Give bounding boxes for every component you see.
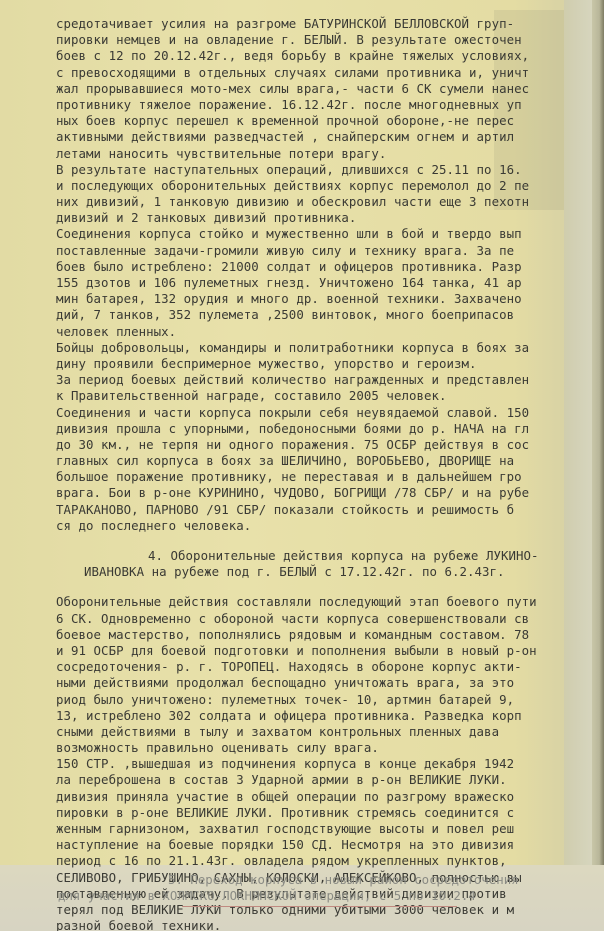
document-text: средотачивает усилия на разгроме БАТУРИН… [56, 16, 596, 931]
text-line: до 30 км., не терпя ни одного поражения.… [56, 437, 596, 453]
text-line: Оборонительные действия составляли после… [56, 594, 596, 610]
text-line: 4. Оборонительные действия корпуса на ру… [56, 548, 596, 564]
text-line: возможность правильно оценивать силу вра… [56, 740, 596, 756]
text-line: человек пленных. [56, 324, 596, 340]
narrative-paragraphs: средотачивает усилия на разгроме БАТУРИН… [56, 16, 596, 534]
text-line: наступление на боевые порядки 150 СД. Не… [56, 837, 596, 853]
text-line: них дивизий, 1 танковую дивизию и обескр… [56, 194, 596, 210]
text-line: Соединения корпуса стойко и мужественно … [56, 226, 596, 242]
text-line: и 91 ОСБР для боевой подготовки и пополн… [56, 643, 596, 659]
text-line: пировки немцев и на овладение г. БЕЛЫЙ. … [56, 32, 596, 48]
text-line: 13, истреблено 302 солдата и офицера про… [56, 708, 596, 724]
text-line: боев было истреблено: 21000 солдат и офи… [56, 259, 596, 275]
section-5-heading-line: для участия в ХОЛМСКО-ЛОКНЯНСКОЙ операци… [0, 888, 600, 904]
text-line: Бойцы добровольцы, командиры и политрабо… [56, 340, 596, 356]
section-5-heading-line: 5. Переход корпуса в новый район сосредо… [0, 872, 600, 888]
text-line: ными действиями продолжал беспощадно уни… [56, 675, 596, 691]
text-line: разной боевой техники. [56, 918, 596, 931]
text-line: 155 дзотов и 106 пулеметных гнезд. Уничт… [56, 275, 596, 291]
text-line: к Правительственной награде, составило 2… [56, 388, 596, 404]
text-line: большое поражение противнику, не переста… [56, 469, 596, 485]
text-line: риод было уничтожено: пулеметных точек- … [56, 692, 596, 708]
text-line: противнику тяжелое поражение. 16.12.42г.… [56, 97, 596, 113]
text-line: 6 СК. Одновременно с обороной части корп… [56, 611, 596, 627]
section-5-heading: 5. Переход корпуса в новый район сосредо… [0, 872, 600, 904]
text-line: ИВАНОВКА на рубеже под г. БЕЛЫЙ с 17.12.… [56, 564, 596, 580]
text-line: боевое мастерство, пополнялись рядовым и… [56, 627, 596, 643]
text-line: и последующих оборонительных действиях к… [56, 178, 596, 194]
text-line: с превосходящими в отдельных случаях сил… [56, 65, 596, 81]
text-line: дину проявили беспримерное мужество, упо… [56, 356, 596, 372]
text-line: 150 СТР. ,вышедшая из подчинения корпуса… [56, 756, 596, 772]
text-line: активными действиями разведчастей , снай… [56, 129, 596, 145]
text-line: сными действиями в тылу и захватом контр… [56, 724, 596, 740]
text-line: дивизия прошла с упорными, победоносными… [56, 421, 596, 437]
text-line: врага. Бои в р-оне КУРИНИНО, ЧУДОВО, БОГ… [56, 485, 596, 501]
text-line: средотачивает усилия на разгроме БАТУРИН… [56, 16, 596, 32]
text-line: ся до последнего человека. [56, 518, 596, 534]
text-line: поставленные задачи-громили живую силу и… [56, 243, 596, 259]
text-line: ных боев корпус перешел к временной проч… [56, 113, 596, 129]
text-line: сосредоточения- р. г. ТОРОПЕЦ. Находясь … [56, 659, 596, 675]
text-line: летами наносить чувствительные потери вр… [56, 146, 596, 162]
text-line: За период боевых действий количество наг… [56, 372, 596, 388]
text-line: боев с 12 по 20.12.42г., ведя борьбу в к… [56, 48, 596, 64]
section-4-heading: 4. Оборонительные действия корпуса на ру… [56, 548, 596, 580]
text-line: ТАРАКАНОВО, ПАРНОВО /91 СБР/ показали ст… [56, 502, 596, 518]
text-line: В результате наступательных операций, дл… [56, 162, 596, 178]
red-underline [182, 906, 457, 907]
text-line: главных сил корпуса в боях за ШЕЛИЧИНО, … [56, 453, 596, 469]
text-line: пировки в р-оне ВЕЛИКИЕ ЛУКИ. Противник … [56, 805, 596, 821]
text-line: дий, 7 танков, 352 пулемета ,2500 винтов… [56, 307, 596, 323]
text-line: дивизий и 2 танковых дивизий противника. [56, 210, 596, 226]
text-line: мин батарея, 132 орудия и много др. воен… [56, 291, 596, 307]
text-line: период с 16 по 21.1.43г. овладела рядом … [56, 853, 596, 869]
text-line: Соединения и части корпуса покрыли себя … [56, 405, 596, 421]
text-line: жал прорывавшиеся мото-мех силы врага,- … [56, 81, 596, 97]
text-line: дивизия приняла участие в общей операции… [56, 789, 596, 805]
text-line: женным гарнизоном, захватил господствующ… [56, 821, 596, 837]
text-line: ла переброшена в состав 3 Ударной армии … [56, 772, 596, 788]
